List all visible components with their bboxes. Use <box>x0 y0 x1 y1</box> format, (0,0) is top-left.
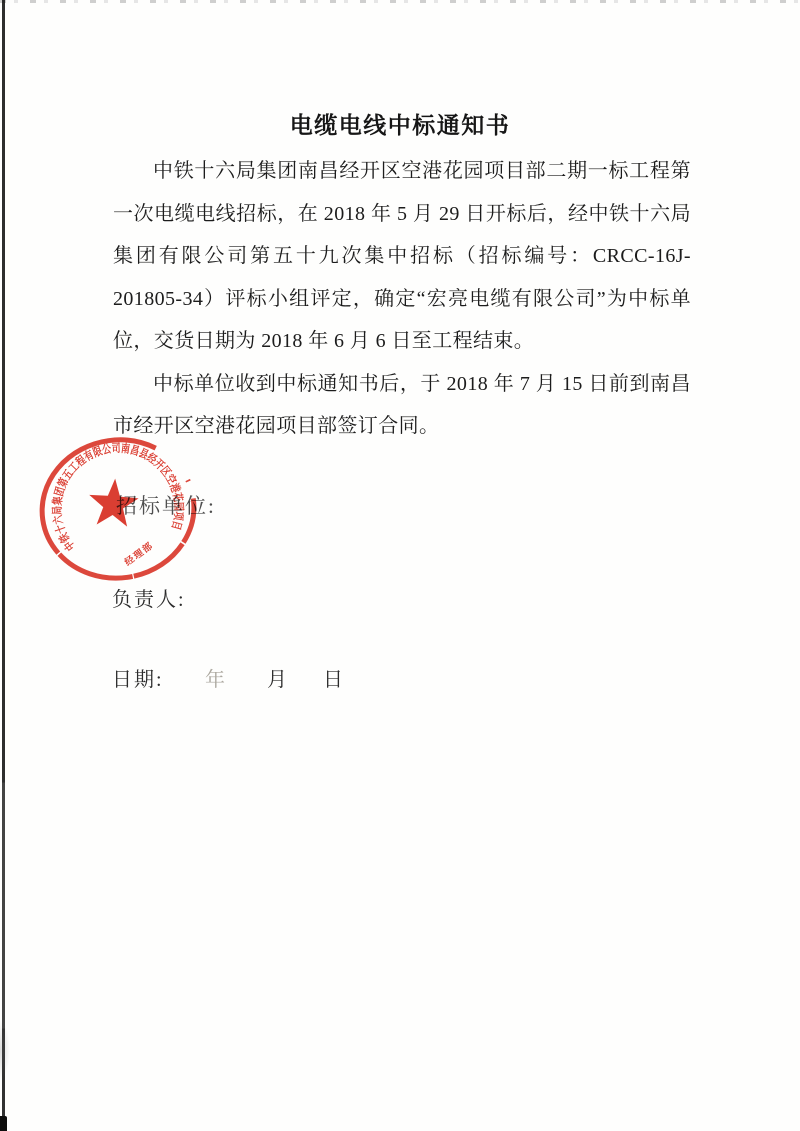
date-year-label: 年 <box>205 663 227 692</box>
date-day-label: 日 <box>323 663 345 692</box>
scanned-document-page: { "page": { "background": "#fefefd" }, "… <box>0 0 800 1131</box>
scan-top-edge-noise <box>0 0 800 3</box>
scan-corner-blob <box>0 1116 7 1131</box>
document-body: 中铁十六局集团南昌经开区空港花园项目部二期一标工程第一次电缆电线招标，在 201… <box>113 150 691 448</box>
page-title: 电缆电线中标通知书 <box>0 107 800 140</box>
seal-star-icon <box>87 477 140 527</box>
company-seal-stamp: 中铁十六局集团第五工程有限公司南昌县经开区空港花园项目 经理部 <box>31 430 205 588</box>
date-month-label: 月 <box>267 663 289 692</box>
scan-left-edge-line <box>2 0 5 1118</box>
seal-bottom-text: 经理部 <box>122 539 156 568</box>
paragraph-award-result: 中铁十六局集团南昌经开区空港花园项目部二期一标工程第一次电缆电线招标，在 201… <box>113 150 691 363</box>
scan-left-smudge <box>0 1020 10 1080</box>
date-label: 日期: <box>112 663 164 692</box>
